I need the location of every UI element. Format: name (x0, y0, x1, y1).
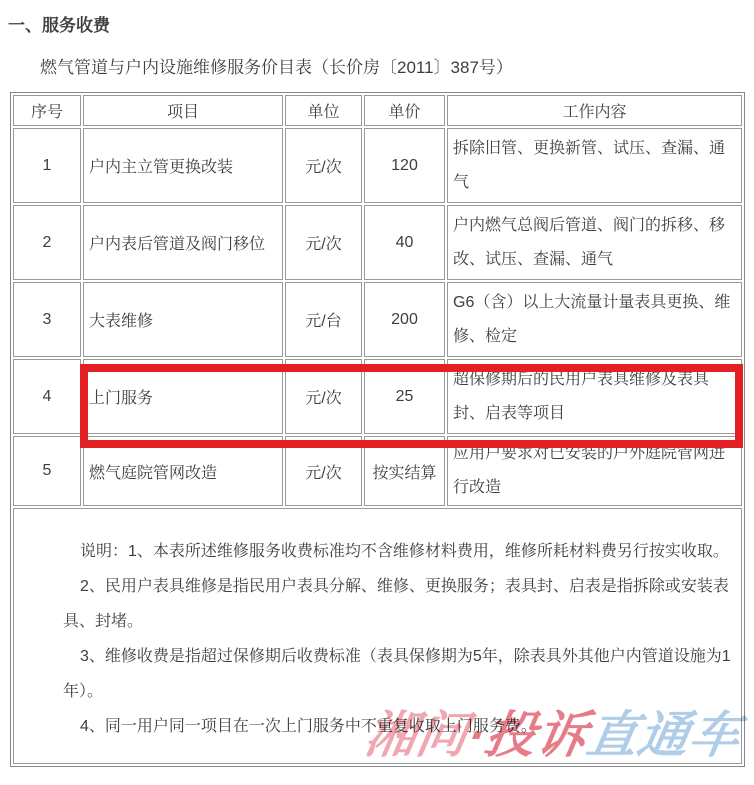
content-cell: 超保修期后的民用户表具维修及表具封、启表等项目 (447, 359, 742, 434)
page-subtitle: 燃气管道与户内设施维修服务价目表（长价房〔2011〕387号） (40, 53, 754, 78)
header-cell-unit: 单位 (285, 95, 362, 126)
table-header-row: 序号 项目 单位 单价 工作内容 (13, 95, 742, 126)
price-table-container: 序号 项目 单位 单价 工作内容 1 户内主立管更换改装 元/次 120 拆除旧… (10, 92, 745, 767)
row-number-cell: 3 (13, 282, 81, 357)
row-number-cell: 5 (13, 436, 81, 506)
row-number-cell: 2 (13, 205, 81, 280)
unit-cell: 元/次 (285, 359, 362, 434)
item-cell: 户内表后管道及阀门移位 (83, 205, 283, 280)
header-cell-item: 项目 (83, 95, 283, 126)
table-row-highlighted: 4 上门服务 元/次 25 超保修期后的民用户表具维修及表具封、启表等项目 (13, 359, 742, 434)
note-paragraph: 4、同一用户同一项目在一次上门服务中不重复收取上门服务费。 (63, 709, 733, 744)
content-cell: 拆除旧管、更换新管、试压、查漏、通气 (447, 128, 742, 203)
content-cell: G6（含）以上大流量计量表具更换、维修、检定 (447, 282, 742, 357)
header-cell-no: 序号 (13, 95, 81, 126)
table-row: 1 户内主立管更换改装 元/次 120 拆除旧管、更换新管、试压、查漏、通气 (13, 128, 742, 203)
table-row: 3 大表维修 元/台 200 G6（含）以上大流量计量表具更换、维修、检定 (13, 282, 742, 357)
unit-cell: 元/次 (285, 128, 362, 203)
notes-row: 说明：1、本表所述维修服务收费标准均不含维修材料费用，维修所耗材料费另行按实收取… (13, 508, 742, 764)
item-cell: 大表维修 (83, 282, 283, 357)
note-paragraph: 3、维修收费是指超过保修期后收费标准（表具保修期为5年，除表具外其他户内管道设施… (63, 639, 733, 709)
content-cell: 应用户要求对已安装的户外庭院管网进行改造 (447, 436, 742, 506)
row-number-cell: 1 (13, 128, 81, 203)
price-cell: 按实结算 (364, 436, 445, 506)
price-cell: 40 (364, 205, 445, 280)
content-cell: 户内燃气总阀后管道、阀门的拆移、移改、试压、查漏、通气 (447, 205, 742, 280)
item-cell: 户内主立管更换改装 (83, 128, 283, 203)
header-cell-price: 单价 (364, 95, 445, 126)
price-cell: 200 (364, 282, 445, 357)
page-heading: 一、服务收费 (0, 0, 754, 36)
table-row: 2 户内表后管道及阀门移位 元/次 40 户内燃气总阀后管道、阀门的拆移、移改、… (13, 205, 742, 280)
unit-cell: 元/次 (285, 205, 362, 280)
header-cell-content: 工作内容 (447, 95, 742, 126)
price-cell: 120 (364, 128, 445, 203)
table-row: 5 燃气庭院管网改造 元/次 按实结算 应用户要求对已安装的户外庭院管网进行改造 (13, 436, 742, 506)
note-paragraph: 说明：1、本表所述维修服务收费标准均不含维修材料费用，维修所耗材料费另行按实收取… (63, 534, 733, 569)
item-cell: 上门服务 (83, 359, 283, 434)
row-number-cell: 4 (13, 359, 81, 434)
unit-cell: 元/次 (285, 436, 362, 506)
price-cell: 25 (364, 359, 445, 434)
note-paragraph: 2、民用户表具维修是指民用户表具分解、维修、更换服务；表具封、启表是指拆除或安装… (63, 569, 733, 639)
notes-cell: 说明：1、本表所述维修服务收费标准均不含维修材料费用，维修所耗材料费另行按实收取… (13, 508, 742, 764)
item-cell: 燃气庭院管网改造 (83, 436, 283, 506)
price-table: 序号 项目 单位 单价 工作内容 1 户内主立管更换改装 元/次 120 拆除旧… (10, 92, 745, 767)
unit-cell: 元/台 (285, 282, 362, 357)
